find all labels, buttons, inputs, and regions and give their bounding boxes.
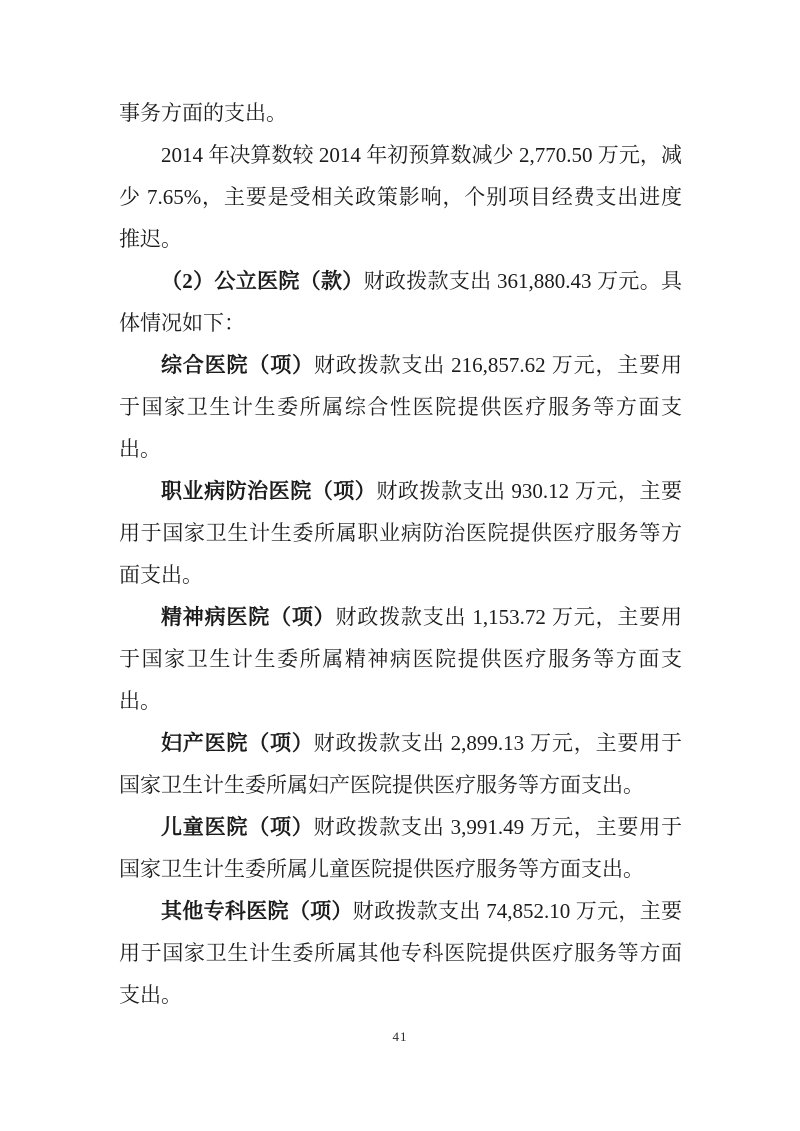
paragraph: 综合医院（项）财政拨款支出 216,857.62 万元，主要用于国家卫生计生委所…: [119, 344, 682, 470]
paragraph: 其他专科医院（项）财政拨款支出 74,852.10 万元，主要用于国家卫生计生委…: [119, 890, 682, 1016]
paragraph-heading-text: 职业病防治医院（项）: [161, 479, 376, 503]
paragraph: 精神病医院（项）财政拨款支出 1,153.72 万元，主要用于国家卫生计生委所属…: [119, 596, 682, 722]
paragraph-text: 事务方面的支出。: [119, 101, 287, 125]
paragraph: （2）公立医院（款）财政拨款支出 361,880.43 万元。具体情况如下：: [119, 260, 682, 344]
paragraph: 事务方面的支出。: [119, 92, 682, 134]
paragraph-heading-text: 综合医院（项）: [161, 353, 314, 377]
paragraph: 职业病防治医院（项）财政拨款支出 930.12 万元，主要用于国家卫生计生委所属…: [119, 470, 682, 596]
paragraph: 妇产医院（项）财政拨款支出 2,899.13 万元，主要用于国家卫生计生委所属妇…: [119, 722, 682, 806]
document-body: 事务方面的支出。2014 年决算数较 2014 年初预算数减少 2,770.50…: [119, 92, 682, 1016]
paragraph: 2014 年决算数较 2014 年初预算数减少 2,770.50 万元，减少 7…: [119, 134, 682, 260]
paragraph: 儿童医院（项）财政拨款支出 3,991.49 万元，主要用于国家卫生计生委所属儿…: [119, 806, 682, 890]
paragraph-text: 2014 年决算数较 2014 年初预算数减少 2,770.50 万元，减少 7…: [119, 143, 682, 251]
paragraph-heading-text: 妇产医院（项）: [161, 731, 314, 755]
paragraph-heading-text: 其他专科医院（项）: [161, 899, 353, 923]
document-page: 事务方面的支出。2014 年决算数较 2014 年初预算数减少 2,770.50…: [0, 0, 800, 1131]
paragraph-heading-text: 儿童医院（项）: [161, 815, 314, 839]
page-footer: 41: [0, 1028, 800, 1046]
paragraph-heading-text: 精神病医院（项）: [161, 605, 335, 629]
paragraph-heading-text: （2）公立医院（款）: [161, 269, 364, 293]
page-number: 41: [393, 1029, 408, 1044]
